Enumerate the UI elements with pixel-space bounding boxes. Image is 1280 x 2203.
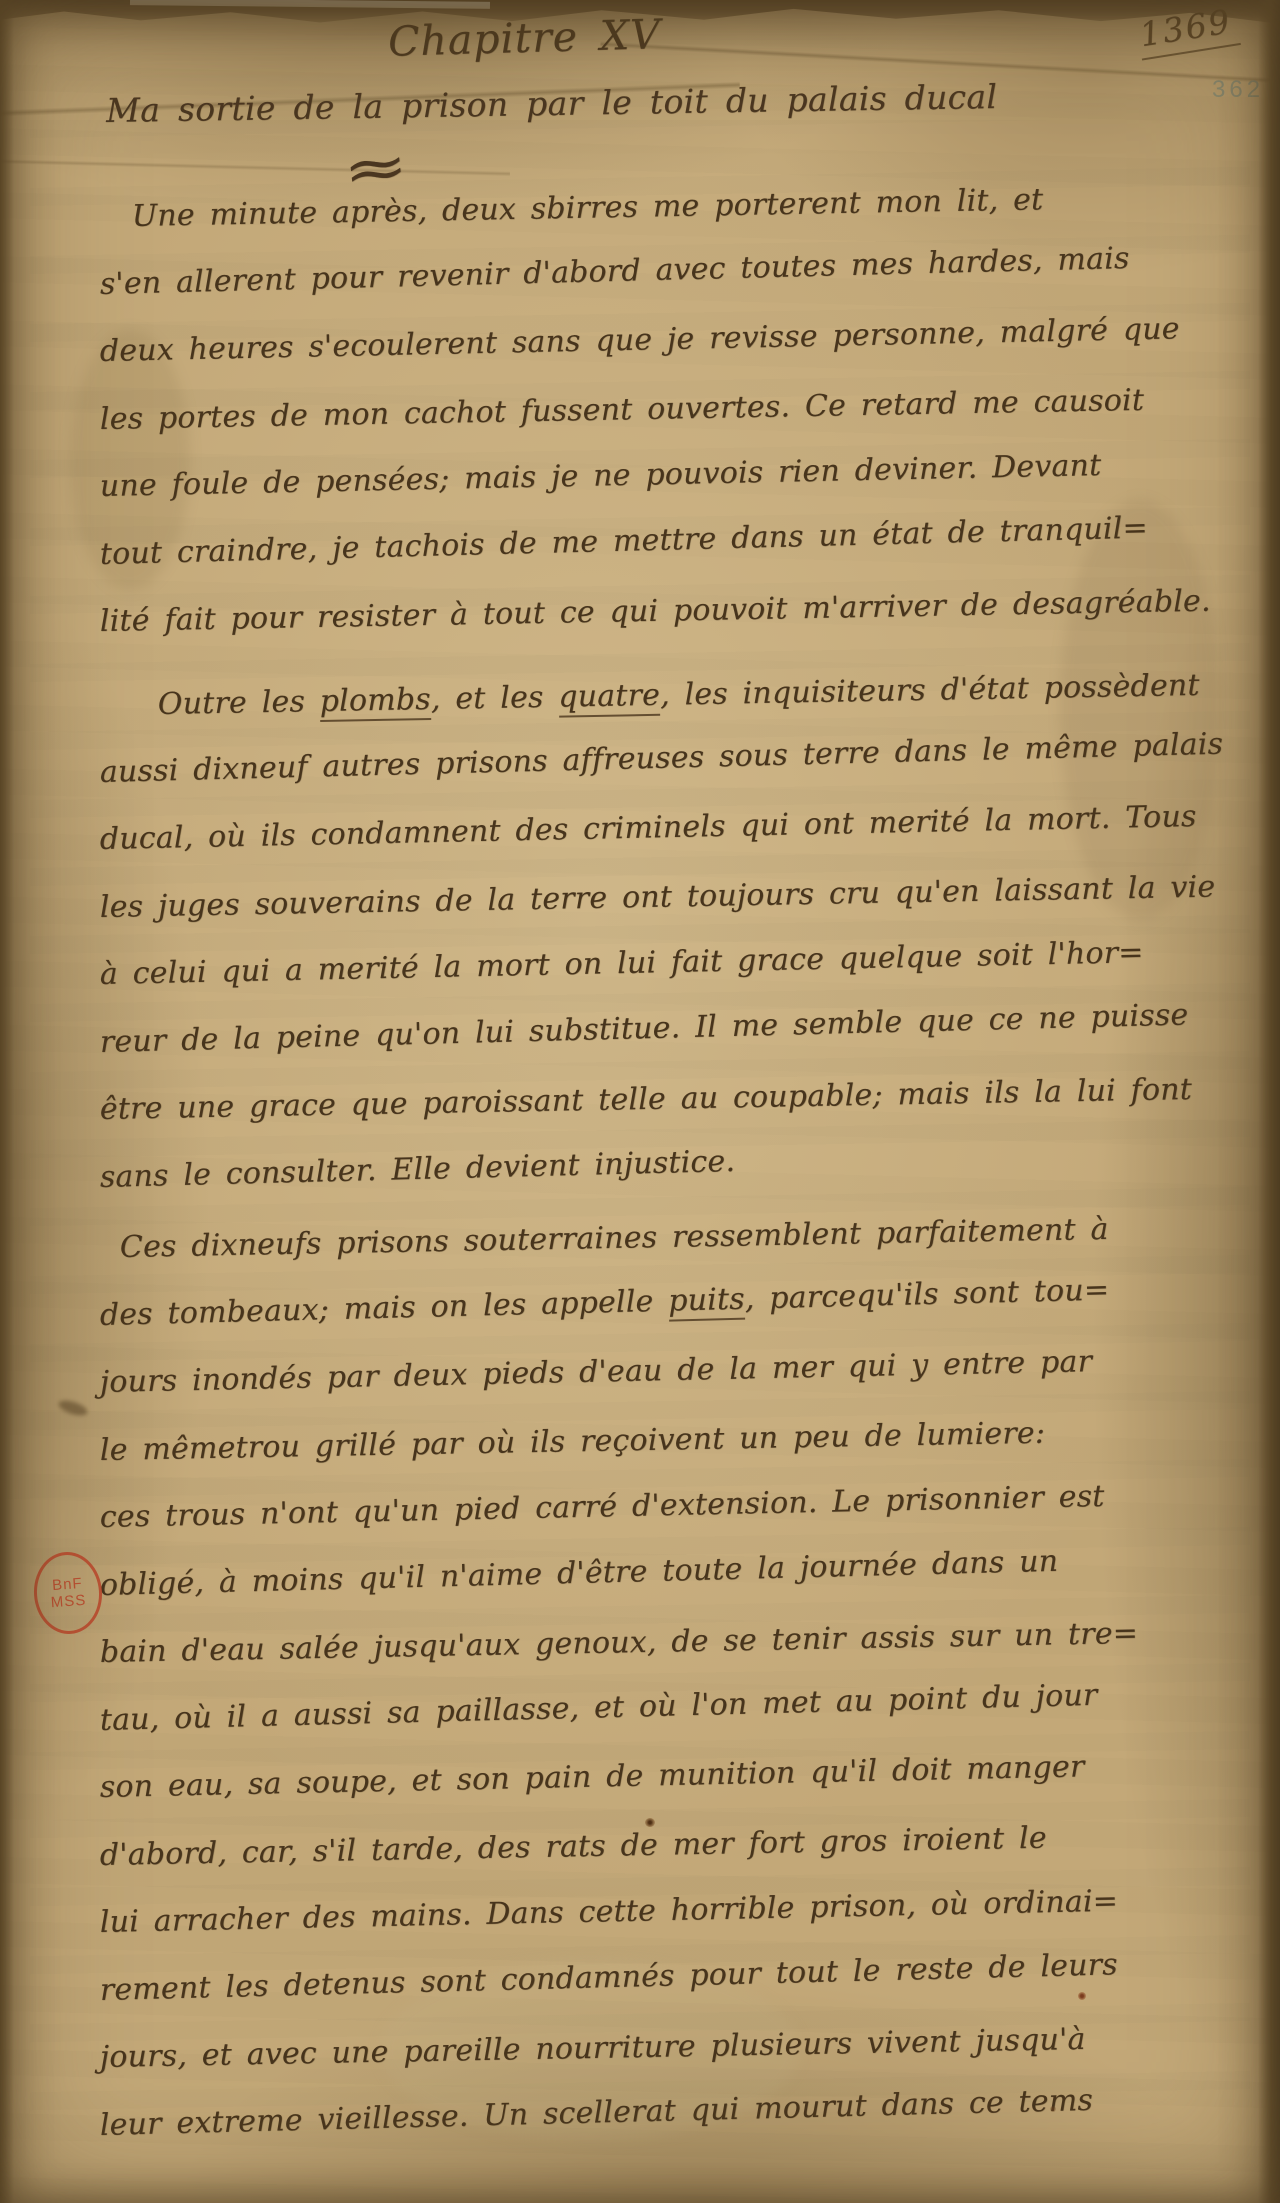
manuscript-page: 1369 362 Chapitre XV Ma sortie de la pri… xyxy=(0,0,1280,2203)
paragraph-1: Une minute après, deux sbirres me porter… xyxy=(100,183,1211,656)
bnf-mss-stamp: BnF MSS xyxy=(31,1550,105,1637)
page-right-edge-shadow xyxy=(1258,0,1280,2203)
page-left-edge-shadow xyxy=(0,0,14,2203)
archive-page-number: 362 xyxy=(1212,76,1264,104)
stamp-text-mss: MSS xyxy=(50,1592,87,1611)
stamp-text-bnf: BnF xyxy=(52,1575,84,1594)
ink-smudge xyxy=(57,1398,89,1419)
chapter-title: Ma sortie de la prison par le toit du pa… xyxy=(106,77,998,130)
paper-crease xyxy=(0,159,510,177)
paragraph-3: Ces dixneufs prisons souterraines ressem… xyxy=(100,1214,1138,2159)
chapter-heading: Chapitre XV xyxy=(387,10,661,66)
paragraph-2: Outre les plombs, et les quatre, les inq… xyxy=(100,671,1224,1211)
